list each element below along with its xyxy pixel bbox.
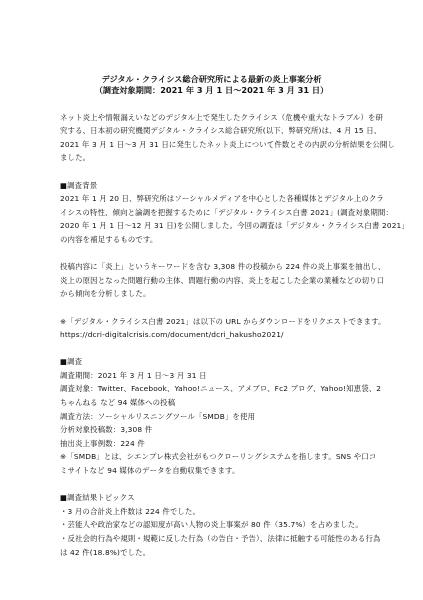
intro-line: 究する、日本初の研究機関デジタル・クライシス総合研究所(以下、弊研究所)は、4 … [60, 124, 370, 138]
survey-line: 分析対象投稿数：3,308 件 [60, 423, 370, 437]
download-url-link[interactable]: https://dcri-digitalcrisis.com/document/… [60, 328, 370, 342]
document-page: デジタル・クライシス総合研究所による最新の炎上事案分析 （調査対象期間：2021… [0, 0, 423, 600]
background-line: 2020 年 1 月 1 日～12 月 31 日)を公開しました。今回の調査は「… [60, 219, 370, 233]
background-line: 炎上の原因となった問題行動の主体、問題行動の内容、炎上を起こした企業の業種などの… [60, 274, 370, 288]
document-subtitle: （調査対象期間：2021 年 3 月 1 日～2021 年 3 月 31 日） [0, 85, 423, 96]
survey-line: 調査対象：Twitter、Facebook、Yahoo!ニュース、アメブロ、Fc… [60, 382, 370, 396]
intro-line: ました。 [60, 151, 370, 165]
background-line: 2021 年 1 月 20 日、弊研究所はソーシャルメディアを中心とした各種媒体… [60, 192, 370, 206]
results-line: は 42 件(18.8%)でした。 [60, 546, 370, 560]
results-line: ・3 月の合計炎上件数は 224 件でした。 [60, 505, 370, 519]
document-body: ネット炎上や情報漏えいなどのデジタル上で発生したクライシス（危機や重大なトラブル… [60, 97, 370, 559]
background-line: イシスの特性、傾向と論調を把握するために「デジタル・クライシス白書 2021」(… [60, 206, 370, 220]
background-line: の内容を補足するものです。 [60, 233, 370, 247]
results-line: ・芸能人や政治家などの認知度が高い人物の炎上事案が 80 件（35.7%）を占め… [60, 518, 370, 532]
survey-line: 調査方法：ソーシャルリスニングツール「SMDB」を使用 [60, 410, 370, 424]
intro-line: 2021 年 3 月 1 日～3 月 31 日に発生したネット炎上について件数と… [60, 138, 370, 152]
background-line: 投稿内容に「炎上」というキーワードを含む 3,308 件の投稿から 224 件の… [60, 260, 370, 274]
section-heading-survey: ■調査 [60, 355, 370, 369]
background-line: から傾向を分析しました。 [60, 287, 370, 301]
survey-line: ちゃんねる など 94 媒体への投稿 [60, 396, 370, 410]
section-heading-background: ■調査背景 [60, 179, 370, 193]
survey-line: ※「SMDB」とは、シエンプレ株式会社がもつクローリングシステムを指します。SN… [60, 450, 370, 464]
survey-line: ミサイトなど 94 媒体のデータを自動収集できます。 [60, 464, 370, 478]
intro-line: ネット炎上や情報漏えいなどのデジタル上で発生したクライシス（危機や重大なトラブル… [60, 111, 370, 125]
section-heading-results: ■調査結果トピックス [60, 491, 370, 505]
survey-line: 調査期間：2021 年 3 月 1 日～3 月 31 日 [60, 369, 370, 383]
download-note: ※「デジタル・クライシス白書 2021」は以下の URL からダウンロードをリク… [60, 315, 370, 329]
results-line: ・反社会的行為や規則・規範に反した行為（の告白・予告）、法律に抵触する可能性のあ… [60, 532, 370, 546]
survey-line: 抽出炎上事例数：224 件 [60, 437, 370, 451]
document-title: デジタル・クライシス総合研究所による最新の炎上事案分析 [0, 74, 423, 85]
